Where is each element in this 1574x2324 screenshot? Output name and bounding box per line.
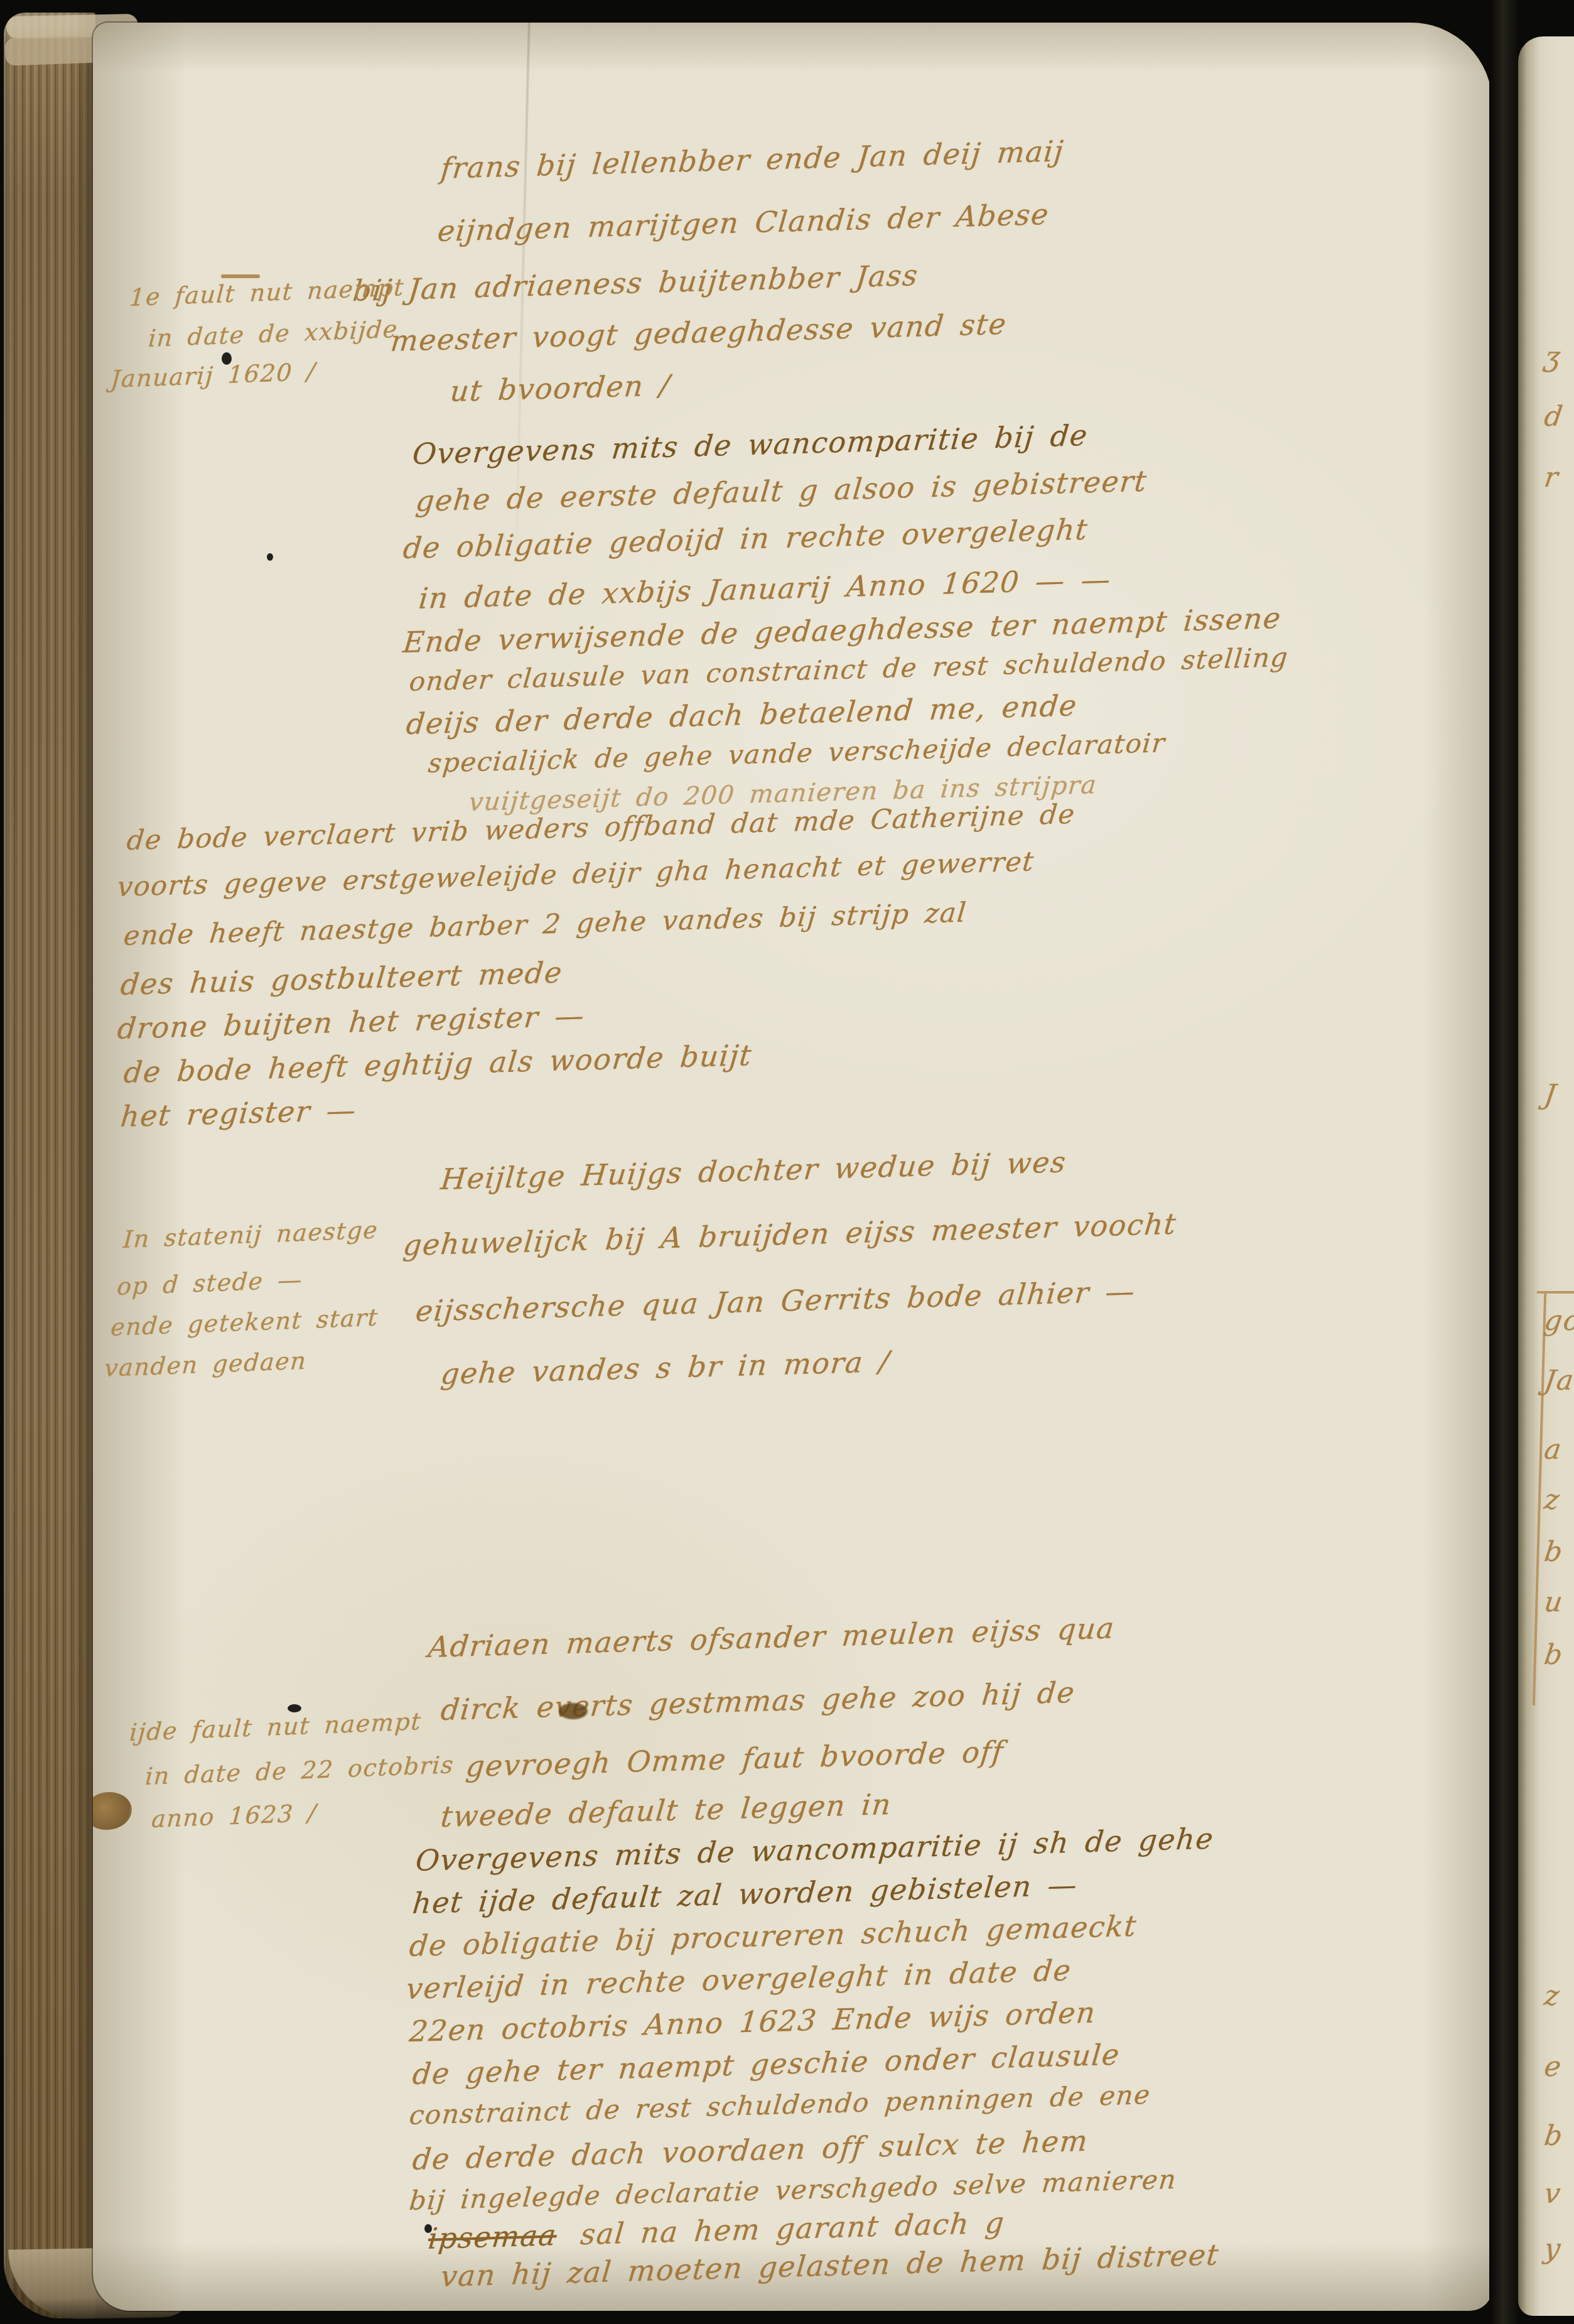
cutoff-writing-fragment: y — [1542, 2233, 1574, 2265]
cutoff-writing-fragment: u — [1542, 1586, 1574, 1618]
manuscript-line: de obligatie bij procureren schuch gemae… — [408, 1911, 1138, 1960]
manuscript-line: ende heeft naestge barber 2 gehe vandes … — [122, 900, 968, 950]
margin-note-line: in date de xxbijde — [148, 317, 399, 350]
manuscript-line: deijs der derde dach betaelend me, ende — [405, 691, 1079, 738]
margin-note-line: ijde fault nut naempt — [129, 1709, 423, 1744]
cutoff-writing-fragment: go — [1542, 1305, 1574, 1337]
manuscript-line: drone buijten het register — — [116, 1001, 586, 1043]
page-edge-step — [4, 35, 105, 66]
manuscript-line: tweede default te leggen in — [439, 1790, 893, 1831]
margin-note-line: In statenij naestge — [122, 1218, 379, 1251]
manuscript-line: eijndgen marijtgen Clandis der Abese — [436, 200, 1050, 246]
ink-speck — [424, 2224, 432, 2233]
book-fore-edge-pages — [4, 13, 95, 2318]
cutoff-writing-fragment: v — [1542, 2178, 1574, 2210]
cutoff-writing-fragment: b — [1542, 1536, 1574, 1568]
manuscript-line: Heijltge Huijgs dochter wedue bij wes — [439, 1147, 1068, 1194]
ink-speck — [267, 553, 273, 561]
next-page-sliver: ʒ d r J go Ja a z b u b z e b v y — [1518, 36, 1574, 2316]
margin-note-line: in date de 22 octobris — [144, 1753, 455, 1788]
margin-note-line: ende getekent start — [110, 1305, 379, 1339]
manuscript-line: verleijd in rechte overgeleght in date d… — [405, 1956, 1073, 2003]
manuscript-line: 22en octobris Anno 1623 Ende wijs orden — [408, 1998, 1097, 2046]
margin-note-line: anno 1623 / — [151, 1801, 318, 1831]
manuscript-line: voorts gegeve erstgeweleijde deijr gha h… — [116, 848, 1035, 901]
manuscript-line: de derde dach voordaen off sulcx te hem — [411, 2126, 1089, 2174]
ink-smudge — [559, 1703, 588, 1719]
ink-speck — [222, 352, 232, 365]
ink-speck — [288, 1704, 301, 1712]
manuscript-line: des huis gostbulteert mede — [119, 958, 564, 999]
manuscript-page: frans bij lellenbber ende Jan deij maij … — [93, 23, 1492, 2311]
manuscript-line: gehuwelijck bij A bruijden eijss meester… — [402, 1209, 1178, 1260]
manuscript-line: Overgevens mits de wancomparitie ij sh d… — [414, 1824, 1216, 1875]
manuscript-line: gehe de eerste default g alsoo is gebist… — [414, 467, 1148, 516]
manuscript-line: gehe vandes s br in mora / — [439, 1347, 892, 1388]
manuscript-line: Overgevens mits de wancomparitie bij de — [411, 421, 1089, 468]
manuscript-line: bij Jan adriaeness buijtenbber Jass — [352, 261, 920, 305]
manuscript-line: sal na hem garant dach g — [579, 2205, 1006, 2251]
manuscript-line: frans bij lellenbber ende Jan deij maij — [439, 136, 1065, 183]
margin-note-line: op d stede — — [116, 1268, 303, 1299]
cutoff-writing-fragment: Ja — [1542, 1365, 1574, 1397]
margin-note-line: Januarij 1620 / — [110, 360, 316, 391]
manuscript-line: meester voogt gedaeghdesse vand ste — [389, 310, 1008, 355]
cutoff-writing-fragment: z — [1542, 1484, 1574, 1516]
ink-blot — [93, 1792, 132, 1830]
manuscript-line: het register — — [119, 1096, 358, 1131]
cutoff-writing-fragment: d — [1542, 401, 1574, 433]
cutoff-writing-fragment: e — [1542, 2051, 1574, 2083]
margin-dash — [221, 274, 260, 278]
manuscript-line: eijsschersche qua Jan Gerrits bode alhie… — [414, 1277, 1137, 1326]
struck-word: ipsemaa — [427, 2218, 559, 2256]
manuscript-line: Adriaen maerts ofsander meulen eijss qua — [427, 1614, 1116, 1662]
manuscript-line: bij ingelegde declaratie verschgedo selv… — [408, 2166, 1178, 2214]
manuscript-line: de bode heeft eghtijg als woorde buijt — [122, 1040, 753, 1087]
manuscript-line: constrainct de rest schuldendo penningen… — [408, 2082, 1152, 2129]
cutoff-writing-fragment: b — [1542, 1639, 1574, 1671]
manuscript-line: gevroegh Omme faut bvoorde off — [465, 1737, 1005, 1781]
scanned-book-photo: frans bij lellenbber ende Jan deij maij … — [0, 0, 1574, 2324]
cutoff-writing-fragment: a — [1542, 1434, 1574, 1466]
manuscript-line: in date de xxbijs Januarij Anno 1620 — — — [418, 565, 1113, 613]
cutoff-writing-fragment: r — [1542, 462, 1574, 494]
manuscript-line: de obligatie gedoijd in rechte overgeleg… — [402, 515, 1089, 563]
margin-rule-tick — [1537, 1291, 1574, 1294]
cutoff-writing-fragment: ʒ — [1542, 341, 1574, 373]
manuscript-line: de gehe ter naempt geschie onder clausul… — [411, 2040, 1121, 2089]
page-gutter-shadow — [1489, 0, 1519, 2324]
cutoff-writing-fragment: z — [1542, 1980, 1574, 2012]
manuscript-line: dirck everts gestmmas gehe zoo hij de — [439, 1678, 1076, 1724]
cutoff-writing-fragment: J — [1542, 1079, 1574, 1111]
manuscript-line: het ijde default zal worden gebistelen — — [411, 1871, 1079, 1918]
margin-note-line: vanden gedaen — [104, 1349, 308, 1380]
cutoff-writing-fragment: b — [1542, 2120, 1574, 2152]
manuscript-line: ut bvoorden / — [449, 370, 672, 406]
